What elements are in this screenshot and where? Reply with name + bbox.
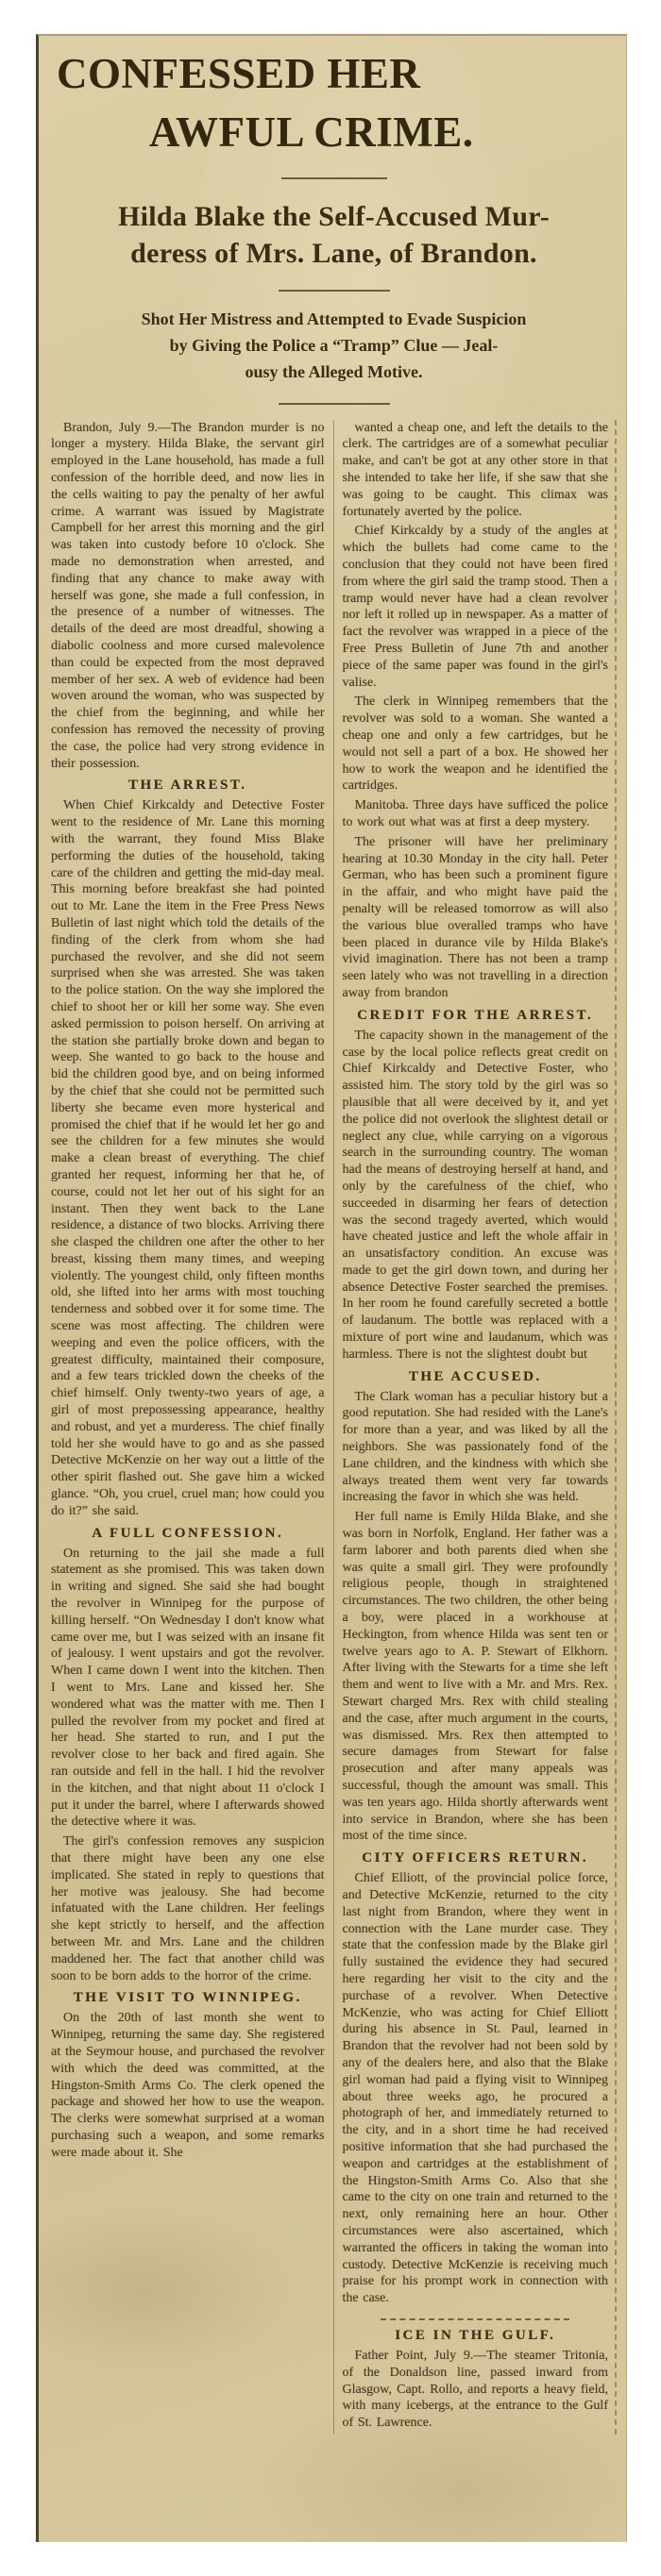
section-heading: CREDIT FOR THE ARREST.: [343, 1008, 609, 1024]
deck-line: by Giving the Police a “Tramp” Clue — Je…: [51, 333, 617, 360]
left-column: Brandon, July 9.—The Brandon murder is n…: [51, 420, 334, 2434]
article-paragraph: The capacity shown in the management of …: [343, 1028, 609, 1363]
article-paragraph: The clerk in Winnipeg remembers that the…: [343, 694, 609, 795]
scanned-page: CONFESSED HER AWFUL CRIME. Hilda Blake t…: [0, 0, 661, 2576]
section-heading: ICE IN THE GULF.: [343, 2328, 609, 2344]
subheadline-line: deress of Mrs. Lane, of Brandon.: [51, 235, 617, 273]
article-paragraph: The prisoner will have her preliminary h…: [343, 834, 609, 1002]
article-paragraph: The girl's confession removes any suspic…: [51, 1833, 325, 1984]
deck-line: Shot Her Mistress and Attempted to Evade…: [51, 307, 617, 333]
headline-divider: [281, 177, 387, 179]
headline-line-2: AWFUL CRIME.: [51, 111, 617, 155]
article-paragraph: Chief Kirkcaldy by a study of the angles…: [343, 523, 609, 691]
section-heading: A FULL CONFESSION.: [51, 1526, 325, 1542]
deck-divider: [279, 403, 390, 405]
section-divider: [381, 2318, 569, 2320]
article-paragraph: The Clark woman has a peculiar history b…: [343, 1389, 609, 1507]
section-heading: THE ACCUSED.: [343, 1369, 609, 1385]
article-columns: Brandon, July 9.—The Brandon murder is n…: [51, 420, 617, 2434]
right-column: wanted a cheap one, and left the details…: [334, 420, 618, 2434]
article-paragraph: Chief Elliott, of the provincial police …: [343, 1870, 609, 2307]
article-paragraph: wanted a cheap one, and left the details…: [343, 420, 609, 521]
section-heading: THE ARREST.: [51, 778, 325, 794]
deck-line: ousy the Alleged Motive.: [51, 360, 617, 386]
subheadline-divider: [279, 290, 390, 292]
article-paragraph: Brandon, July 9.—The Brandon murder is n…: [51, 420, 325, 773]
headline-line-1: CONFESSED HER: [51, 53, 617, 96]
article-paragraph: Her full name is Emily Hilda Blake, and …: [343, 1509, 609, 1845]
article-paragraph: When Chief Kirkcaldy and Detective Foste…: [51, 797, 325, 1519]
newspaper-clipping: CONFESSED HER AWFUL CRIME. Hilda Blake t…: [36, 34, 627, 2542]
subheadline: Hilda Blake the Self-Accused Mur- deress…: [51, 198, 617, 273]
section-heading: THE VISIT TO WINNIPEG.: [51, 1990, 325, 2006]
article-paragraph: On the 20th of last month she went to Wi…: [51, 2010, 325, 2161]
article-paragraph: Father Point, July 9.—The steamer Triton…: [343, 2348, 609, 2432]
section-heading: CITY OFFICERS RETURN.: [343, 1850, 609, 1866]
deck-headline: Shot Her Mistress and Attempted to Evade…: [51, 307, 617, 386]
headline: CONFESSED HER AWFUL CRIME.: [51, 53, 617, 155]
article-paragraph: Manitoba. Three days have sufficed the p…: [343, 797, 609, 831]
subheadline-line: Hilda Blake the Self-Accused Mur-: [51, 198, 617, 236]
article-paragraph: On returning to the jail she made a full…: [51, 1546, 325, 1832]
